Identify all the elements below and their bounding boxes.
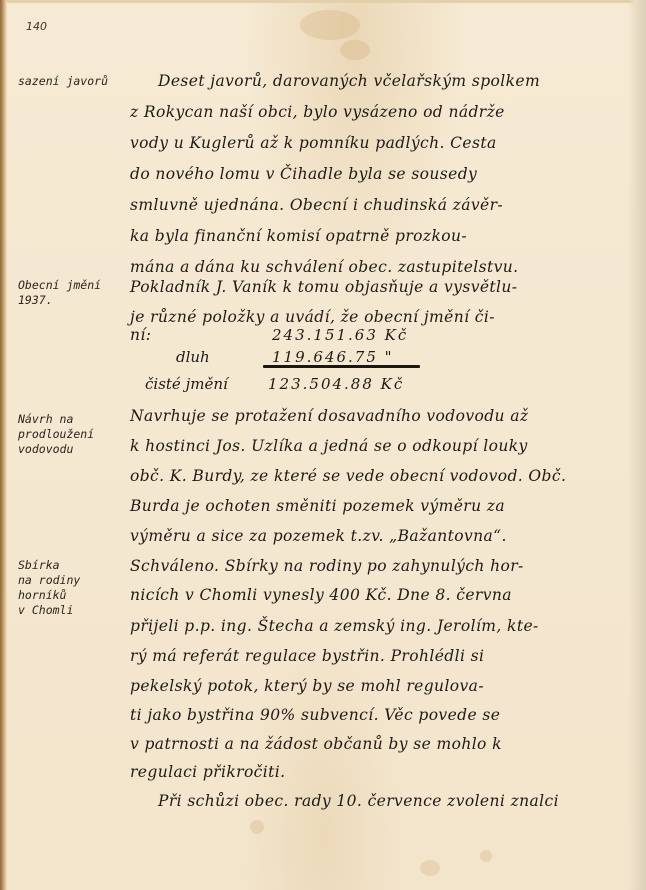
debt-value: 119.646.75 " bbox=[272, 348, 394, 366]
debt-label: dluh bbox=[176, 348, 210, 366]
paper-stain bbox=[340, 40, 370, 60]
text-line: ti jako bystřina 90% subvencí. Věc poved… bbox=[130, 706, 500, 724]
text-line: pekelský potok, který by se mohl regulov… bbox=[130, 677, 484, 695]
text-line: v patrnosti a na žádost občanů by se moh… bbox=[130, 735, 502, 753]
text-line: obč. K. Burdy, ze které se vede obecní v… bbox=[130, 467, 566, 485]
text-line: ka byla finanční komisí opatrně prozkou- bbox=[130, 227, 467, 245]
assets-value: 243.151.63 Kč bbox=[272, 326, 408, 344]
paper-stain bbox=[420, 860, 440, 876]
net-assets-value: 123.504.88 Kč bbox=[268, 375, 404, 393]
text-line: Burda je ochoten směniti pozemek výměru … bbox=[130, 497, 505, 515]
text-line: ní: bbox=[130, 326, 151, 344]
text-line: do nového lomu v Čihadle byla se sousedy bbox=[130, 165, 477, 183]
page-top-edge bbox=[0, 0, 646, 3]
text-line: z Rokycan naší obci, bylo vysázeno od ná… bbox=[130, 103, 505, 121]
text-line: Schváleno. Sbírky na rodiny po zahynulýc… bbox=[130, 557, 524, 575]
sum-underline bbox=[263, 365, 420, 368]
margin-note-maple-planting: sazení javorů bbox=[18, 74, 108, 89]
margin-note-water-extension: Návrh na prodloužení vodovodu bbox=[18, 412, 94, 457]
text-line: rý má referát regulace bystřin. Prohlédl… bbox=[130, 647, 484, 665]
text-line: přijeli p.p. ing. Štecha a zemský ing. J… bbox=[130, 617, 539, 635]
page-right-edge bbox=[628, 0, 646, 890]
net-assets-label: čisté jmění bbox=[145, 375, 228, 393]
text-line: Navrhuje se protažení dosavadního vodovo… bbox=[130, 407, 528, 425]
paper-stain bbox=[250, 820, 264, 834]
margin-note-municipal-assets: Obecní jmění 1937. bbox=[18, 278, 101, 308]
text-line: k hostinci Jos. Uzlíka a jedná se o odko… bbox=[130, 437, 528, 455]
margin-note-miners-collection: Sbírka na rodiny horníků v Chomli bbox=[18, 558, 80, 618]
text-line: mána a dána ku schválení obec. zastupite… bbox=[130, 258, 519, 276]
text-line: Při schůzi obec. rady 10. července zvole… bbox=[158, 792, 559, 810]
text-line: smluvně ujednána. Obecní i chudinská záv… bbox=[130, 196, 503, 214]
paper-stain bbox=[300, 10, 360, 40]
text-line: regulaci přikročiti. bbox=[130, 763, 285, 781]
text-line: je různé položky a uvádí, že obecní jměn… bbox=[130, 308, 495, 326]
book-binding bbox=[0, 0, 7, 890]
ledger-page: 140 sazení javorů Obecní jmění 1937. Náv… bbox=[0, 0, 646, 890]
text-line: vody u Kuglerů až k pomníku padlých. Ces… bbox=[130, 134, 497, 152]
text-line: Deset javorů, darovaných včelařským spol… bbox=[158, 72, 540, 90]
text-line: nicích v Chomli vynesly 400 Kč. Dne 8. č… bbox=[130, 586, 512, 604]
text-line: Pokladník J. Vaník k tomu objasňuje a vy… bbox=[130, 278, 517, 296]
page-number: 140 bbox=[26, 20, 47, 33]
text-line: výměru a sice za pozemek t.zv. „Bažantov… bbox=[130, 527, 507, 545]
paper-stain bbox=[480, 850, 492, 862]
